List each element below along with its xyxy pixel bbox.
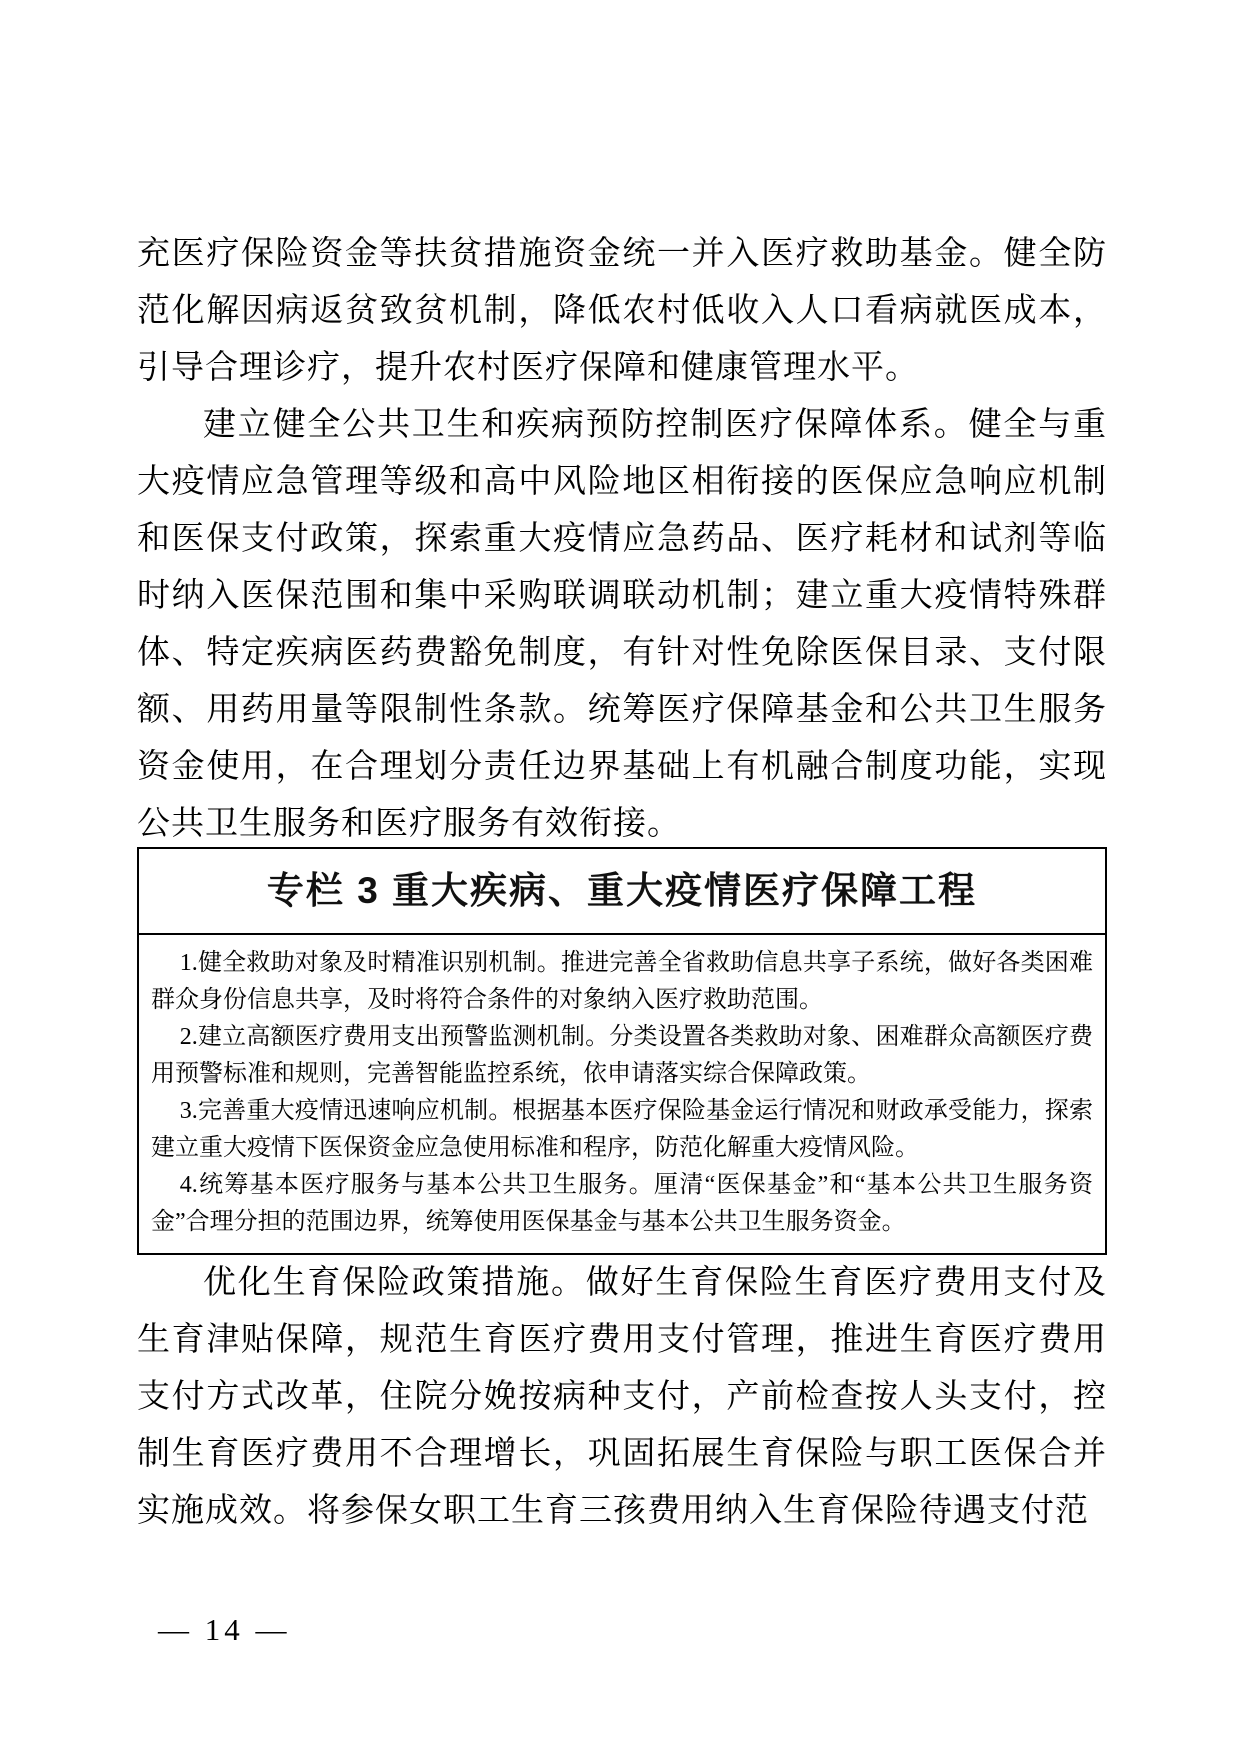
paragraph-public-health-system: 建立健全公共卫生和疾病预防控制医疗保障体系。健全与重大疫情应急管理等级和高中风险… bbox=[137, 397, 1107, 853]
special-column-3-box: 专栏 3 重大疾病、重大疫情医疗保障工程 1.健全救助对象及时精准识别机制。推进… bbox=[137, 847, 1107, 1255]
box-item-2: 2.建立高额医疗费用支出预警监测机制。分类设置各类救助对象、困难群众高额医疗费用… bbox=[151, 1019, 1093, 1093]
paragraph-maternity-insurance: 优化生育保险政策措施。做好生育保险生育医疗费用支付及生育津贴保障，规范生育医疗费… bbox=[137, 1255, 1107, 1540]
document-page: 充医疗保险资金等扶贫措施资金统一并入医疗救助基金。健全防范化解因病返贫致贫机制，… bbox=[0, 0, 1241, 1754]
column-box-body: 1.健全救助对象及时精准识别机制。推进完善全省救助信息共享子系统，做好各类困难群… bbox=[139, 935, 1105, 1253]
column-box-title: 专栏 3 重大疾病、重大疫情医疗保障工程 bbox=[139, 849, 1105, 935]
paragraph-continuation: 充医疗保险资金等扶贫措施资金统一并入医疗救助基金。健全防范化解因病返贫致贫机制，… bbox=[137, 226, 1107, 397]
text-body: 充医疗保险资金等扶贫措施资金统一并入医疗救助基金。健全防范化解因病返贫致贫机制，… bbox=[137, 226, 1107, 1540]
box-item-4: 4.统筹基本医疗服务与基本公共卫生服务。厘清“医保基金”和“基本公共卫生服务资金… bbox=[151, 1167, 1093, 1241]
page-number: — 14 — bbox=[158, 1612, 291, 1648]
box-item-1: 1.健全救助对象及时精准识别机制。推进完善全省救助信息共享子系统，做好各类困难群… bbox=[151, 945, 1093, 1019]
box-item-3: 3.完善重大疫情迅速响应机制。根据基本医疗保险基金运行情况和财政承受能力，探索建… bbox=[151, 1093, 1093, 1167]
